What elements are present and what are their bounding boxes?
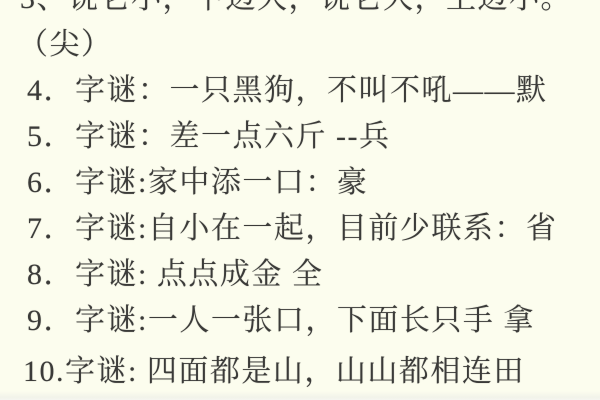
riddle-line-3-answer: （尖） <box>0 22 600 68</box>
riddle-list: 3、说它小，下边大，说它大，上边小。 （尖） 4．字谜：一只黑狗，不叫不吼——默… <box>0 0 600 395</box>
riddle-line-8: 8．字谜: 点点成金 全 <box>0 252 600 298</box>
riddle-line-7: 7．字谜:自小在一起，目前少联系：省 <box>0 206 600 252</box>
riddle-line-6: 6．字谜:家中添一口：豪 <box>0 160 600 206</box>
document-page: 3、说它小，下边大，说它大，上边小。 （尖） 4．字谜：一只黑狗，不叫不吼——默… <box>0 0 600 400</box>
riddle-line-4: 4．字谜：一只黑狗，不叫不吼——默 <box>0 68 600 114</box>
riddle-line-9: 9．字谜:一人一张口，下面长只手 拿 <box>0 298 600 344</box>
riddle-line-3-clue: 3、说它小，下边大，说它大，上边小。 <box>0 0 600 22</box>
riddle-line-5: 5．字谜：差一点六斤 --兵 <box>0 114 600 160</box>
riddle-line-10: 10.字谜: 四面都是山，山山都相连田 <box>0 349 600 395</box>
